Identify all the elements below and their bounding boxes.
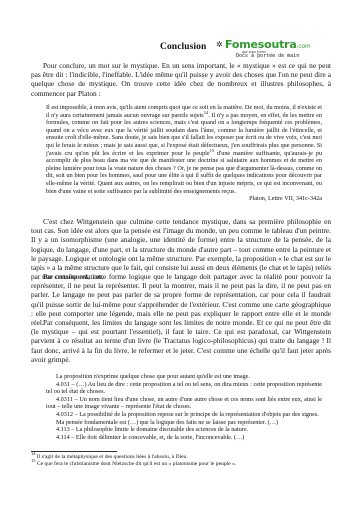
tractatus-quote: La proposition n'exprime quelque chose q… [46, 373, 322, 441]
page-title: Conclusion [160, 42, 206, 52]
paragraph-limits: Par conséquent, les limites du langage s… [31, 318, 331, 364]
footnote-text: Il s'agit de la métaphysique et des ques… [36, 454, 188, 460]
footnote-divider [31, 451, 117, 452]
quote-body: Il est impossible, à mon avis, qu'ils ai… [46, 104, 322, 195]
quote-source: Platon, Lettre VII, 341c-342a [46, 195, 322, 203]
tractatus-line: 4.113 – La philosophie limite le domaine… [46, 426, 322, 434]
logo-suffix: .com [297, 43, 311, 50]
footnote-15: 15 Ce que fera le christianisme dont Nie… [31, 461, 331, 468]
quote-text-c: d'une manière suffisante, qu'aurais-je p… [46, 150, 322, 195]
tractatus-line: 4.114 – Elle doit délimiter le concevabl… [46, 434, 322, 442]
logo-tagline: Docs à portée de main [236, 53, 299, 59]
footnote-text: Ce que fera le christianisme dont Nietzs… [36, 461, 237, 467]
footnotes: 14 Il s'agit de la métaphysique et des q… [31, 454, 331, 468]
document-page: Conclusion ✲ Fomesoutra.com que sous for… [0, 0, 362, 512]
logo-name: Fomesoutra.com [225, 38, 311, 51]
tractatus-line: 4.0311 – Un nom tient lieu d'une chose, … [46, 396, 322, 411]
tractatus-line: 4.0312 – La possibilité de la propositio… [46, 411, 322, 419]
page-header: Conclusion ✲ Fomesoutra.com que sous for… [0, 38, 362, 62]
bird-icon: ✲ [216, 40, 223, 49]
tractatus-line: Ma pensée fondamentale est (…) que la lo… [46, 419, 322, 427]
footnote-14: 14 Il s'agit de la métaphysique et des q… [31, 454, 331, 461]
tractatus-line: La proposition n'exprime quelque chose q… [46, 373, 322, 381]
platon-quote: Il est impossible, à mon avis, qu'ils ai… [46, 104, 322, 203]
tractatus-line: 4.031 – (…) Au lieu de dire : cette prop… [46, 381, 322, 396]
fomesoutra-logo[interactable]: ✲ Fomesoutra.com que sous forme Docs à p… [216, 38, 316, 62]
paragraph-intro: Pour conclure, un mot sur le mystique. E… [31, 61, 331, 98]
